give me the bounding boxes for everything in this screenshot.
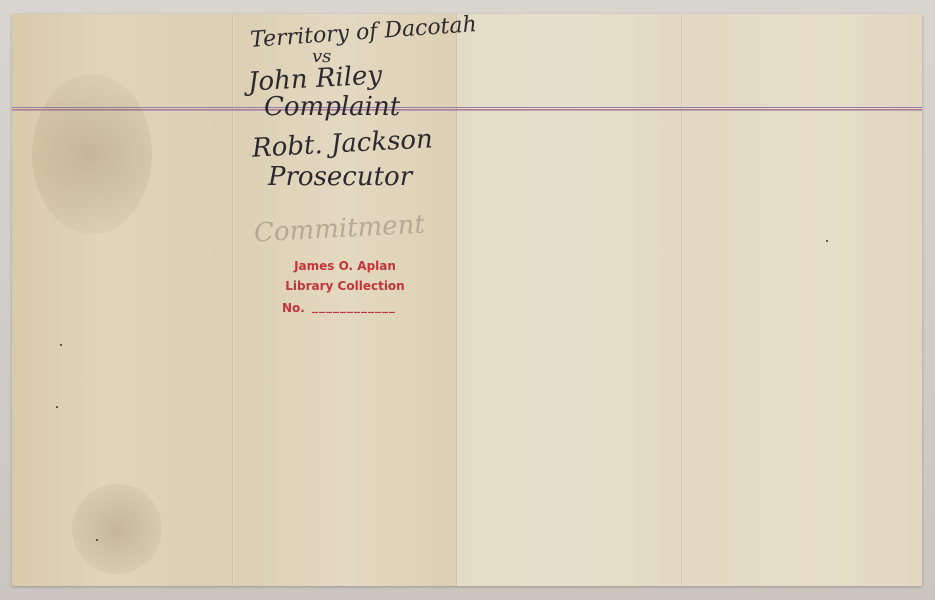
ruled-line [12,107,922,111]
fold-crease [232,14,234,586]
ink-speck [826,240,828,242]
stamp-number-blank: ____________ [312,299,396,313]
ink-speck [56,406,58,408]
fold-crease [681,14,683,586]
ink-speck [96,539,98,541]
paper-stain [72,484,162,574]
document-sheet: Territory of Dacotah vs John Riley Compl… [12,14,922,586]
stamp-number-label: No. [282,301,305,315]
fold-panel-3 [457,14,682,586]
ink-speck [60,344,62,346]
stamp-name: James O. Aplan [245,259,445,273]
docket-role: Prosecutor [268,162,412,192]
stamp-collection: Library Collection [245,279,445,293]
fold-panel-4 [682,14,922,586]
paper-stain [32,74,152,234]
docket-document-type: Complaint [264,92,400,122]
fold-crease [456,14,458,586]
